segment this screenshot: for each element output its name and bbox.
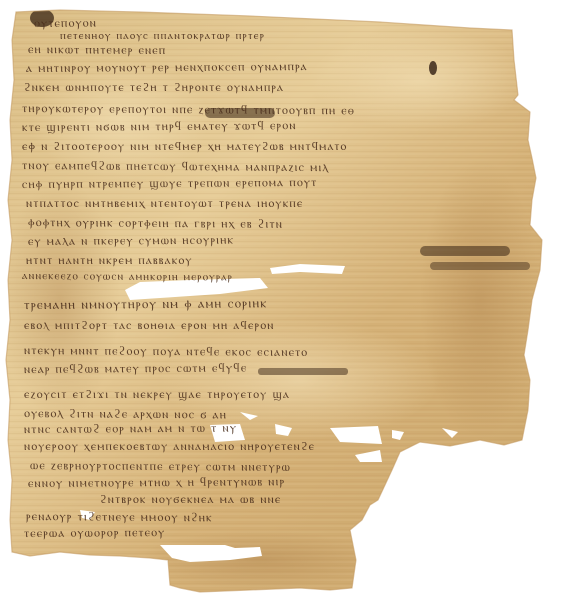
manuscript-line: ϩⲛⲧⲃⲣⲟⲕ ⲛⲟⲩϭⲉⲕⲛⲉⲁ ⲙⲁ ⲱⲃ ⲛⲛⲉ <box>100 492 281 507</box>
manuscript-line: ⲛⲧⲉⲕⲩⲏ ⲙⲛⲛⲧ ⲡⲉϩⲟⲟⲩ ⲡⲟⲩⲁ ⲛⲧⲉϥⲉ ⲉⲕⲟⲥ ⲉⲥⲓⲁⲛ… <box>24 343 308 360</box>
manuscript-line: ⲉⲛⲛⲟⲩ ⲛⲓⲙⲉⲧⲛⲟⲩⲣⲉ ⲙⲧⲏⲱ ⲭ ⲏ ϥⲣⲉⲛⲧⲩⲛⲱⲃ ⲛⲓⲣ <box>28 474 285 491</box>
manuscript-line: ⲉⲏ ⲛⲓⲕⲱⲧ ⲡⲏⲧⲉⲙⲉⲣ ⲉⲛⲉⲡ <box>28 42 166 58</box>
manuscript-line: ⲉⲍⲟⲩⲥⲓⲧ ⲉⲧϩⲓϫⲓ ⲧⲛ ⲛⲉⲕⲣⲉⲩ ϣⲁⲉ ⲧⲏⲣⲟⲩⲉⲧⲟⲩ ϣ… <box>24 387 290 402</box>
manuscript-line: ⲣⲉⲛⲁⲟⲩⲣ ⲧⲓϩⲉⲧⲛⲉⲩⲉ ⲙⲙⲟⲟⲩ ⲛϩⲏⲕ <box>26 509 213 525</box>
manuscript-line: ⲧⲉⲉⲣⲱⲁ ⲟⲩⲱⲟⲣⲟⲣ ⲡⲉⲧⲉⲟⲩ <box>24 525 166 541</box>
manuscript-line: ⲛⲧⲡⲁⲧⲧⲟⲥ ⲛⲙⲧⲏⲃⲉⲙⲓⲭ ⲛⲧⲉⲛⲧⲟⲩⲱⲧ ⲧⲣⲉⲛⲁ ⲓⲏⲟⲩⲕ… <box>26 196 303 211</box>
manuscript-line: ⲁⲛⲛⲉⲕⲉⲉⲍⲟ ⲥⲟⲩⲱⲥⲛ ⲁⲙⲏⲕⲟⲣⲓⲏ ⲙⲉⲣⲟⲩⲣⲁⲣ <box>22 269 233 284</box>
manuscript-line: ⲛⲉⲁⲣ ⲡⲉϥϩⲱⲃ ⲙⲁⲧⲉⲩ ⲡⲣⲟⲥ ⲥⲱⲧⲙ ⲉϥⲩϥⲉ <box>24 360 247 377</box>
manuscript-line: ⲉⲫ ⲛ ϩⲓⲧⲟⲟⲧⲉⲣⲟⲟⲩ ⲛⲓⲙ ⲛⲧⲉϥⲙⲉⲣ ⲭⲏ ⲙⲁⲧⲉⲩϩⲱⲃ… <box>22 139 348 154</box>
manuscript-line: ⲛⲟⲩⲉⲣⲟⲟⲩ ⲭⲉⲙⲡⲉⲕⲟⲉⲃⲧⲱⲩ ⲁⲛⲛⲁⲙⲁⲥⲓⲟ ⲛⲏⲣⲟⲩⲉⲧⲉ… <box>24 439 315 454</box>
manuscript-line: ⲥⲏⲫ ⲡⲩⲏⲣⲡ ⲛⲧⲣⲉⲙⲡⲉⲩ ϣⲱⲩⲉ ⲧⲣⲉⲡⲱⲛ ⲉⲣⲉⲡⲟⲙⲁ ⲡ… <box>22 175 318 192</box>
manuscript-line: ⲡⲉⲧⲉⲛⲏⲟⲩ ⲡⲁⲟⲩⲥ ⲡⲡⲁⲛⲧⲟⲕⲣⲁⲧⲱⲣ ⲡⲣⲧⲉⲣ <box>60 29 265 43</box>
manuscript-line: ⲉⲃⲟⲗ ⲙⲡⲓⲧϩⲟⲣⲧ ⲧⲁⲥ ⲃⲟⲏⲑⲓⲁ ⲉⲣⲟⲛ ⲙⲏ ⲁϥⲉⲣⲟⲛ <box>24 318 275 333</box>
manuscript-line: ⲫⲟⲫⲧⲏⲭ ⲟⲩⲣⲓⲏⲕ ⲥⲟⲣⲧⲫⲉⲓⲏ ⲡⲁ ⲅⲃⲣⲓ ⲏⲭ ⲉⲃ ϩⲓⲧ… <box>28 215 283 232</box>
manuscript-line: ⲕⲧⲉ ϣⲓⲣⲉⲛⲧⲓ ⲛϭⲱⲃ ⲛⲓⲙ ⲧⲏⲣϥ ⲉⲙⲁⲧⲉⲩ ϫⲱⲧϥ ⲉⲣ… <box>22 118 297 135</box>
manuscript-text: ⲟⲩⲧⲉⲡⲟⲩⲟⲛⲡⲉⲧⲉⲛⲏⲟⲩ ⲡⲁⲟⲩⲥ ⲡⲡⲁⲛⲧⲟⲕⲣⲁⲧⲱⲣ ⲡⲣⲧ… <box>0 0 566 605</box>
manuscript-line: ⲛⲧⲛⲥ ⲥⲁⲛⲧⲱϩ ⲉⲟⲣ ⲛⲁⲙ ⲁⲙ ⲛ ⲧⲱ ⲧ ⲛⲩ <box>24 421 237 437</box>
manuscript-line: ⲁ ⲙⲏⲧⲓⲛⲣⲟⲩ ⲙⲟⲩⲛⲟⲩⲧ ⲣⲉⲣ ⲙⲉⲛⲭⲡⲟⲕⲥⲉⲡ ⲟⲩⲛⲁⲙⲡ… <box>26 59 308 76</box>
manuscript-line: ϩⲛⲕⲉⲙ ⲱⲛⲙⲡⲟⲩⲧⲉ ⲧⲉϩⲏ ⲧ ϩⲏⲣⲟⲛⲧⲉ ⲟⲩⲛⲁⲙⲡⲣⲁ <box>24 80 284 95</box>
manuscript-line: ⲉⲩ ⲙⲁⲗⲁ ⲛ ⲡⲕⲉⲣⲉⲩ ⲥⲩⲙⲱⲛ ⲏⲥⲟⲩⲣⲓⲏⲕ <box>28 233 234 249</box>
manuscript-line: ⲱⲉ ⲍⲉⲃⲣⲏⲟⲩⲣⲧⲟⲥⲡⲉⲛⲧⲡⲉ ⲉⲧⲣⲉⲩ ⲥⲱⲧⲙ ⲛⲛⲉⲧⲩⲣⲱ <box>30 458 291 475</box>
manuscript-line: ⲏⲧⲛⲧ ⲏⲁⲛⲧⲏ ⲛⲕⲣⲉⲙ ⲡⲁⲃⲃⲁⲕⲟⲩ <box>26 253 193 268</box>
manuscript-line: ⲧⲏⲣⲟⲩⲕⲱⲧⲉⲣⲟⲩ ⲉⲣⲉⲡⲟⲩⲧⲟⲓ ⲛⲡⲉ ⲍⲉⲧϫⲱⲧϥ ⲧⲙⲡⲧⲟ… <box>22 101 355 118</box>
manuscript-line: ⲧⲣⲉⲙⲁⲏⲏ ⲛⲙⲛⲟⲩⲧⲏⲣⲟⲩ ⲛⲙ ⲫ ⲁⲙⲏ ⲥⲟⲣⲓⲏⲕ <box>24 296 268 313</box>
manuscript-line: ⲧⲛⲟⲩ ⲉⲁⲙⲡⲉϥϩⲱⲃ ⲡⲏⲉⲧⲥⲱⲩ ϥⲱⲧⲉⲭⲏⲙⲁ ⲙⲁⲛⲡⲣⲁⲍⲓ… <box>22 158 329 175</box>
